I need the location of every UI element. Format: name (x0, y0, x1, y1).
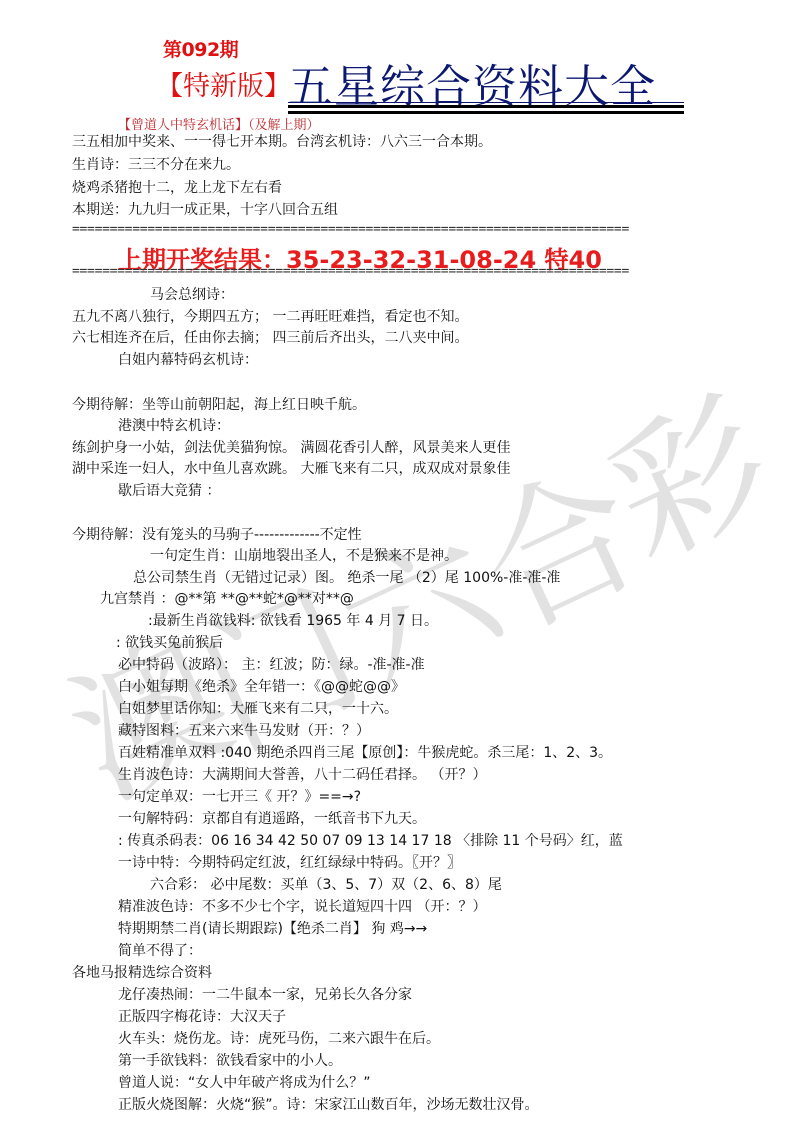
body-line: : 传真杀码表：06 16 34 42 50 07 09 13 14 17 18… (118, 833, 623, 849)
body-line: 各地马报精选综合资料 (72, 965, 212, 981)
body-line: 练剑护身一小姑，剑法优美猫狗惊。 满圆花香引人醉，风景美来人更佳 (72, 440, 510, 456)
title-underline (288, 102, 684, 103)
title-bar-divider (288, 105, 684, 108)
intro-line: 本期送：九九归一成正果，十字八回合五组 (72, 202, 338, 218)
body-line: 今期待解：没有笼头的马驹子-------------不定性 (72, 527, 362, 543)
body-line: 六合彩： 必中尾数：买单（3、5、7）双（2、6、8）尾 (150, 877, 502, 893)
body-line: 总公司禁生肖（无错过记录）图。 绝杀一尾 （2）尾 100%-准-准-准 (133, 570, 560, 586)
body-line: 一句解特码：京都自有逍遥路，一纸音书下九天。 (118, 811, 426, 827)
section-subtitle: 【曾道人中特玄机话】（及解上期） (118, 114, 320, 133)
body-line: 精准波色诗：不多不少七个字，说长道短四十四 （开：？） (118, 899, 486, 915)
body-line: 一句定生肖：山崩地裂出圣人，不是猴来不是神。 (150, 548, 458, 564)
body-line: 特期期禁二肖(请长期跟踪)【绝杀二肖】 狗 鸡→→ (118, 921, 427, 937)
separator-line: ========================================… (72, 266, 629, 278)
intro-line: 烧鸡杀猪抱十二，龙上龙下左右看 (72, 180, 282, 196)
body-line: 曾道人说：“女人中年破产将成为什么？” (118, 1075, 371, 1091)
body-line: 简单不得了： (118, 943, 202, 959)
title-bar-divider (288, 111, 684, 114)
edition-label: 【特新版】 (156, 64, 291, 103)
body-line: 正版四字梅花诗：大汉天子 (118, 1009, 286, 1025)
body-line: 马会总纲诗： (150, 287, 234, 303)
body-line: 藏特图料：五来六来牛马发财（开：？） (118, 723, 370, 739)
body-line: 九宫禁肖 ：@**第 **@**蛇*@**对**@ (100, 591, 354, 607)
intro-line: 生肖诗：三三不分在来九。 (72, 157, 240, 173)
body-line: 白小姐每期《绝杀》全年错一：《@@蛇@@》 (118, 679, 405, 695)
body-line: 一句定单双：一七开三《 开？》==→? (118, 789, 361, 805)
issue-number: 第092期 (163, 35, 238, 62)
body-line: 第一手欲钱料：欲钱看家中的小人。 (118, 1053, 342, 1069)
body-line: 歇后语大竞猜 ： (118, 483, 220, 499)
body-line: : 欲钱买兔前猴后 (116, 635, 223, 651)
body-line: 今期待解：坐等山前朝阳起，海上红日映千航。 (72, 397, 366, 413)
body-line: 生肖波色诗：大满期间大誉善，八十二码任君择。 （开？） (118, 767, 486, 783)
body-line: 火车头：烧伤龙。诗：虎死马伤，二来六跟牛在后。 (118, 1031, 440, 1047)
intro-line: 三五相加中奖来、一一得七开本期。台湾玄机诗：八六三一合本期。 (72, 134, 492, 150)
watermark-char: 彩 (571, 338, 793, 597)
body-line: 必中特码（波路）： 主：红波；防：绿。-准-准-准 (118, 657, 425, 673)
body-line: 白姐内幕特码玄机诗： (118, 352, 258, 368)
body-line: 正版火烧图解：火烧“猴”。诗：宋家江山数百年，沙场无数壮汉骨。 (118, 1097, 539, 1113)
body-line: 五九不离八独行，今期四五方； 一二再旺旺难挡，看定也不知。 (72, 309, 468, 325)
body-line: 港澳中特玄机诗： (118, 418, 230, 434)
separator-line: ========================================… (72, 224, 629, 236)
body-line: 一诗中特：今期特码定红波，红红绿绿中特码。〖开？〗 (118, 855, 461, 871)
body-line: 百姓精准单双料 :040 期绝杀四肖三尾【原创】：牛猴虎蛇。杀三尾：1、2、3。 (118, 745, 612, 761)
body-line: :最新生肖欲钱料: 欲钱看 1965 年 4 月 7 日。 (148, 613, 438, 629)
body-line: 湖中采连一妇人，水中鱼儿喜欢跳。 大雁飞来有二只，成双成对景象佳 (72, 461, 510, 477)
body-line: 六七相连齐在后，任由你去摘； 四三前后齐出头，二八夹中间。 (72, 330, 468, 346)
body-line: 龙仔凑热闹：一二牛鼠本一家，兄弟长久各分家 (118, 987, 412, 1003)
body-line: 白姐梦里话你知：大雁飞来有二只，一十六。 (118, 701, 398, 717)
